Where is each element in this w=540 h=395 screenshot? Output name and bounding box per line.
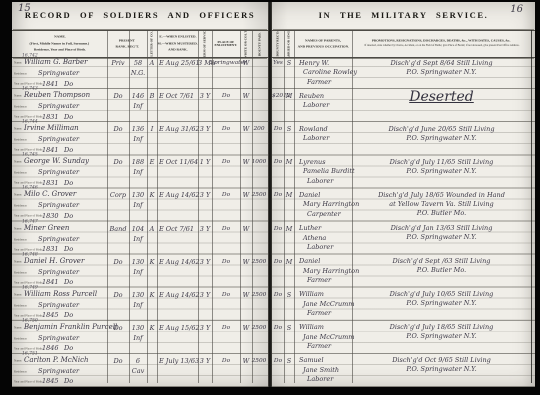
enlistment-date: E Oct 11/64 <box>159 158 198 166</box>
birth-row-label: Year and Place of Birth: <box>14 314 43 317</box>
remarks-line1: Disch'g'd Jan 13/63 Still Living <box>354 224 529 232</box>
regiment-value: 146 <box>129 92 147 100</box>
parent-father: William <box>299 323 324 331</box>
remarks-line3: P.O. Butler Mo. <box>354 209 529 217</box>
enlistment-date: E Oct 7/61 <box>159 225 194 233</box>
bounty-received-value: Do <box>272 291 284 299</box>
parent-father: Daniel <box>299 257 320 265</box>
remarks-line2: P.O. Springwater N.Y. <box>354 365 529 373</box>
previous-occupation: Laborer <box>307 375 333 383</box>
remarks-line1: Disch'g'd July 18/65 Still Living <box>354 323 529 331</box>
ledger-record-right: Yes S Henry W. Caroline Rowley Farmer Di… <box>272 56 535 89</box>
birth-place: Do <box>64 245 73 253</box>
column-rule <box>157 30 158 383</box>
header-term-label: TERM OF SERVICE. <box>203 31 206 57</box>
residence-value: Springwater <box>38 235 79 243</box>
column-rule <box>212 30 213 383</box>
residence-row-label: Residence: <box>14 106 27 109</box>
birth-row-label: Year and Place of Birth: <box>14 380 43 383</box>
column-rule <box>352 30 353 383</box>
header-name-line1: NAME. <box>54 36 66 40</box>
branch-value: Inf <box>129 235 147 243</box>
regiment-value: 136 <box>129 125 147 133</box>
header-color-label: WHITE OR COL'D. <box>244 31 247 57</box>
header-place-label: PLACE OF ENLISTMENT. <box>213 41 239 48</box>
company-value: K <box>147 191 157 199</box>
parent-mother: Mary Harrington <box>303 267 359 275</box>
header-place: PLACE OF ENLISTMENT. <box>212 31 240 57</box>
soldier-name: Irvine Milliman <box>24 124 79 132</box>
remarks-line2: P.O. Springwater N.Y. <box>354 167 529 175</box>
enlistment-date: E Aug 14/62 <box>159 191 200 199</box>
left-table-header: NAME. (First, Middle Names in Full, Surn… <box>12 30 268 58</box>
column-rule <box>129 30 130 383</box>
ledger-record-left: 16,745 Name: Residence: Year and Place o… <box>12 155 268 188</box>
residence-value: Springwater <box>38 301 79 309</box>
rank-value: Do <box>107 258 129 266</box>
regiment-value: 130 <box>129 291 147 299</box>
ledger-record-right: Do M Daniel Mary Harrington Carpenter Di… <box>272 188 535 221</box>
remarks-line2: P.O. Springwater N.Y. <box>354 134 529 142</box>
regiment-value: 188 <box>129 158 147 166</box>
parent-mother: Mary Harrington <box>303 200 359 208</box>
branch-value: Inf <box>129 168 147 176</box>
residence-row-label: Residence: <box>14 172 27 175</box>
parent-father: Reuben <box>299 92 324 100</box>
birth-year: 1831 <box>42 113 59 121</box>
marital-status-value: M <box>284 158 294 166</box>
left-page-title: RECORD OF SOLDIERS AND OFFICERS <box>12 10 268 20</box>
right-page-rows: Yes S Henry W. Caroline Rowley Farmer Di… <box>272 56 535 387</box>
parent-mother: Athena <box>303 234 326 242</box>
remarks-line1: Disch'g'd July 18/65 Wounded in Hand <box>354 191 529 199</box>
birth-year: 1841 <box>42 146 59 154</box>
ledger-record-left: 16,751 Name: Residence: Year and Place o… <box>12 354 268 387</box>
branch-value: Inf <box>129 268 147 276</box>
previous-occupation: Farmer <box>307 342 331 350</box>
regiment-value: 130 <box>129 258 147 266</box>
residence-value: Springwater <box>38 102 79 110</box>
regiment-value: 130 <box>129 191 147 199</box>
bounty-received-value: Do <box>272 125 284 133</box>
marital-status-value: S <box>284 59 294 67</box>
enlistment-place: Do <box>210 225 242 233</box>
birth-row-label: Year and Place of Birth: <box>14 281 43 284</box>
branch-value: Inf <box>129 102 147 110</box>
marital-status-value: M <box>284 225 294 233</box>
ledger-record-left: 16,743 Name: Residence: Year and Place o… <box>12 89 268 122</box>
rank-value: Do <box>107 291 129 299</box>
ledger-record-left: 16,742 Name: Residence: Year and Place o… <box>12 56 268 89</box>
residence-row-label: Residence: <box>14 205 27 208</box>
column-rule <box>284 30 285 383</box>
header-present-rank: PRESENT RANK. REG'T. <box>107 31 147 57</box>
name-row-label: Name: <box>14 194 22 197</box>
ledger-record-left: 16,747 Name: Residence: Year and Place o… <box>12 222 268 255</box>
name-row-label: Name: <box>14 227 22 230</box>
birth-year: 1841 <box>42 80 59 88</box>
name-row-label: Name: <box>14 260 22 263</box>
bounty-received-value: Do <box>272 258 284 266</box>
enlistment-place: Do <box>210 357 242 365</box>
company-value: K <box>147 258 157 266</box>
parent-mother: Jane McCrumm <box>303 333 354 341</box>
ledger-paper: 15 RECORD OF SOLDIERS AND OFFICERS NAME.… <box>12 2 535 387</box>
birth-year: 1831 <box>42 245 59 253</box>
enlistment-place: Do <box>210 258 242 266</box>
soldier-name: William G. Barber <box>24 58 88 66</box>
ledger-record-right: Do S Samuel Jane Smith Laborer Disch'g'd… <box>272 354 535 387</box>
rank-value: Priv <box>107 59 129 67</box>
company-value: K <box>147 291 157 299</box>
soldier-name: Miner Green <box>24 224 69 232</box>
ledger-record-left: 16,749 Name: Residence: Year and Place o… <box>12 288 268 321</box>
name-row-label: Name: <box>14 293 22 296</box>
branch-value: N.G. <box>129 69 147 77</box>
company-value: K <box>147 324 157 332</box>
column-rule <box>107 30 108 383</box>
parent-father: Rowland <box>299 125 328 133</box>
previous-occupation: Carpenter <box>307 210 341 218</box>
enlistment-date: E Aug 31/62 <box>159 125 200 133</box>
remarks-line2: P.O. Springwater N.Y. <box>354 68 529 76</box>
enlistment-place: Springwater <box>210 59 242 67</box>
page-edge-rule <box>531 30 532 383</box>
enlistment-date: E Oct 7/61 <box>159 92 194 100</box>
scanned-ledger: 15 RECORD OF SOLDIERS AND OFFICERS NAME.… <box>0 0 540 395</box>
company-value: B <box>147 92 157 100</box>
residence-value: Springwater <box>38 69 79 77</box>
birth-year: 1845 <box>42 377 59 385</box>
color-value: W <box>240 225 252 233</box>
left-page: 15 RECORD OF SOLDIERS AND OFFICERS NAME.… <box>12 2 268 387</box>
residence-row-label: Residence: <box>14 139 27 142</box>
enlistment-place: Do <box>210 125 242 133</box>
parent-mother: Pamelia Burditt <box>303 167 355 175</box>
birth-place: Do <box>64 311 73 319</box>
enlistment-place: Do <box>210 92 242 100</box>
name-row-label: Name: <box>14 62 22 65</box>
ledger-record-right: Do M Daniel Mary Harrington Farmer Disch… <box>272 255 535 288</box>
regiment-value: 130 <box>129 324 147 332</box>
column-rule <box>252 30 253 383</box>
remarks-line2: P.O. Springwater N.Y. <box>354 233 529 241</box>
parent-father: William <box>299 290 324 298</box>
soldier-name: Milo C. Grover <box>24 190 76 198</box>
header-remarks-line1: PROMOTIONS, RESIGNATIONS, DISCHARGES, DE… <box>358 39 525 42</box>
parent-father: Samuel <box>299 356 324 364</box>
header-name-line2: (First, Middle Names in Full, Surname.) <box>30 42 90 46</box>
column-rule <box>240 30 241 383</box>
marital-status-value: S <box>284 125 294 133</box>
header-bounty: BOUNTY PAID. <box>252 31 268 57</box>
regiment-value: 104 <box>129 225 147 233</box>
enlistment-place: Do <box>210 291 242 299</box>
parent-mother: Jane Smith <box>303 366 339 374</box>
previous-occupation: Farmer <box>307 276 331 284</box>
residence-value: Springwater <box>38 334 79 342</box>
rank-value: Do <box>107 324 129 332</box>
soldier-name: Benjamin Franklin Purcell <box>24 323 117 331</box>
color-value: W <box>240 59 252 67</box>
marital-status-value: M <box>284 258 294 266</box>
right-page-title: IN THE MILITARY SERVICE. <box>272 10 535 20</box>
soldier-name: Daniel H. Grover <box>24 257 84 265</box>
rank-value: Do <box>107 158 129 166</box>
branch-value: Cav <box>129 367 147 375</box>
parent-mother: Laborer <box>303 101 329 109</box>
header-bounty-label: BOUNTY PAID. <box>258 32 261 55</box>
birth-row-label: Year and Place of Birth: <box>14 248 43 251</box>
marital-status-value: M <box>284 92 294 100</box>
remarks-line2: P.O. Springwater N.Y. <box>354 332 529 340</box>
birth-place: Do <box>64 344 73 352</box>
company-value: I <box>147 125 157 133</box>
remarks-line2: P.O. Springwater N.Y. <box>354 299 529 307</box>
name-row-label: Name: <box>14 161 22 164</box>
bounty-received-value: Do <box>272 191 284 199</box>
marital-status-value: M <box>284 191 294 199</box>
enlistment-place: Do <box>210 324 242 332</box>
rank-value: Band <box>107 225 129 233</box>
right-table-header: BOUNTY REC'D. MARRIED OR SINGLE. NAMES O… <box>272 30 535 58</box>
header-parents: NAMES OF PARENTS, AND PREVIOUS OCCUPATIO… <box>294 31 352 57</box>
residence-value: Springwater <box>38 135 79 143</box>
soldier-name: Reuben Thompson <box>24 91 90 99</box>
previous-occupation: Laborer <box>307 243 333 251</box>
header-parents-line2: AND PREVIOUS OCCUPATION. <box>297 45 348 49</box>
previous-occupation: Farmer <box>307 309 331 317</box>
name-row-label: Name: <box>14 95 22 98</box>
parent-father: Daniel <box>299 191 320 199</box>
ledger-record-right: Do M Luther Athena Laborer Disch'g'd Jan… <box>272 222 535 255</box>
header-enlisted-line3: AND RANK. <box>168 49 188 53</box>
birth-place: Do <box>64 80 73 88</box>
ledger-record-right: Do M Lyrenus Pamelia Burditt Laborer Dis… <box>272 155 535 188</box>
ledger-record-left: 16,748 Name: Residence: Year and Place o… <box>12 255 268 288</box>
parent-mother: Jane McCrumm <box>303 300 354 308</box>
marital-status-value: S <box>284 357 294 365</box>
remarks-line1: Disch'g'd Oct 9/65 Still Living <box>354 356 529 364</box>
header-company-label: LETTER OF CO. <box>150 31 153 56</box>
enlistment-date: E July 13/63 <box>159 357 199 365</box>
ledger-record-right: $2012 M Reuben Laborer Deserted <box>272 89 535 122</box>
bounty-received-value: Do <box>272 324 284 332</box>
residence-row-label: Residence: <box>14 271 27 274</box>
header-company: LETTER OF CO. <box>147 31 157 57</box>
birth-row-label: Year and Place of Birth: <box>14 215 43 218</box>
residence-row-label: Residence: <box>14 73 27 76</box>
ledger-record-left: 16,750 Name: Residence: Year and Place o… <box>12 321 268 354</box>
enlistment-place: Do <box>210 158 242 166</box>
residence-value: Springwater <box>38 268 79 276</box>
ledger-record-left: 16,746 Name: Residence: Year and Place o… <box>12 188 268 221</box>
remarks-line2: at Yellow Tavern Va. Still Living <box>354 200 529 208</box>
parent-father: Luther <box>299 224 321 232</box>
header-enlisted: E.—WHEN ENLISTED. M.—WHEN MUSTERED. AND … <box>157 31 198 57</box>
remarks-line1: Disch'g'd July 10/65 Still Living <box>354 290 529 298</box>
rank-value: Corp <box>107 191 129 199</box>
birth-year: 1841 <box>42 278 59 286</box>
column-rule <box>147 30 148 383</box>
enlistment-date: E Aug 25/61 <box>159 59 200 67</box>
parent-mother: Caroline Rowley <box>303 68 357 76</box>
header-name-line3: Residence, Year and Place of Birth. <box>33 49 85 53</box>
soldier-name: William Ross Purcell <box>24 290 97 298</box>
soldier-name: Carlton P. McNich <box>24 356 89 364</box>
previous-occupation: Laborer <box>307 177 333 185</box>
name-row-label: Name: <box>14 128 22 131</box>
bounty-received-value: Yes <box>272 59 284 67</box>
residence-value: Springwater <box>38 168 79 176</box>
name-row-label: Name: <box>14 326 22 329</box>
company-value: E <box>147 158 157 166</box>
branch-value: Inf <box>129 334 147 342</box>
enlistment-date: E Aug 14/62 <box>159 258 200 266</box>
bounty-received-value: Do <box>272 357 284 365</box>
column-rule <box>294 30 295 383</box>
header-bounty-recd-label: BOUNTY REC'D. <box>276 31 279 57</box>
bounty-received-value: $2012 <box>272 92 284 100</box>
birth-place: Do <box>64 278 73 286</box>
birth-year: 1830 <box>42 212 59 220</box>
header-enlisted-line2: M.—WHEN MUSTERED. <box>157 42 197 46</box>
header-remarks-line2: If deserted, state whether by Choice, Ac… <box>357 44 526 47</box>
header-color: WHITE OR COL'D. <box>240 31 252 57</box>
remarks-line1: Disch'g'd Sept /63 Still Living <box>354 257 529 265</box>
ledger-record-left: 16,744 Name: Residence: Year and Place o… <box>12 122 268 155</box>
parent-mother: Laborer <box>303 134 329 142</box>
rank-value: Do <box>107 357 129 365</box>
previous-occupation: Farmer <box>307 78 331 86</box>
residence-value: Springwater <box>38 367 79 375</box>
birth-place: Do <box>64 146 73 154</box>
birth-place: Do <box>64 179 73 187</box>
header-enlisted-line1: E.—WHEN ENLISTED. <box>159 36 196 40</box>
header-bounty-recd: BOUNTY REC'D. <box>272 31 284 57</box>
color-value: W <box>240 92 252 100</box>
parent-father: Lyrenus <box>299 158 326 166</box>
rank-value: Do <box>107 92 129 100</box>
right-page: 16 IN THE MILITARY SERVICE. BOUNTY REC'D… <box>272 2 535 387</box>
residence-value: Springwater <box>38 201 79 209</box>
residence-row-label: Residence: <box>14 337 27 340</box>
birth-year: 1831 <box>42 179 59 187</box>
enlistment-date: E Aug 15/62 <box>159 324 200 332</box>
ledger-record-right: Do S William Jane McCrumm Farmer Disch'g… <box>272 288 535 321</box>
name-row-label: Name: <box>14 359 22 362</box>
remarks-line2: P.O. Butler Mo. <box>354 266 529 274</box>
deserted-annotation: Deserted <box>354 93 529 101</box>
residence-row-label: Residence: <box>14 370 27 373</box>
header-parents-line1: NAMES OF PARENTS, <box>305 39 341 43</box>
header-term: TERM OF SERVICE. <box>198 31 212 57</box>
enlistment-date: E Aug 14/62 <box>159 291 200 299</box>
header-marital-label: MARRIED OR SINGLE. <box>287 31 290 57</box>
header-remarks: PROMOTIONS, RESIGNATIONS, DISCHARGES, DE… <box>352 31 531 57</box>
bounty-received-value: Do <box>272 225 284 233</box>
remarks-line1: Disch'g'd July 11/65 Still Living <box>354 158 529 166</box>
ledger-record-right: Do S William Jane McCrumm Farmer Disch'g… <box>272 321 535 354</box>
birth-place: Do <box>64 113 73 121</box>
parent-father: Henry W. <box>299 59 329 67</box>
branch-value: Inf <box>129 135 147 143</box>
branch-value: Inf <box>129 301 147 309</box>
remarks-line1: Disch'g'd Sept 8/64 Still Living <box>354 59 529 67</box>
marital-status-value: S <box>284 291 294 299</box>
marital-status-value: S <box>284 324 294 332</box>
company-value: A <box>147 59 157 67</box>
branch-value: Inf <box>129 201 147 209</box>
remarks-line1: Disch'g'd June 20/65 Still Living <box>354 125 529 133</box>
birth-year: 1845 <box>42 311 59 319</box>
birth-place: Do <box>64 212 73 220</box>
residence-row-label: Residence: <box>14 304 27 307</box>
left-page-rows: 16,742 Name: Residence: Year and Place o… <box>12 56 268 387</box>
regiment-value: 6 <box>129 357 147 365</box>
residence-row-label: Residence: <box>14 238 27 241</box>
enlistment-place: Do <box>210 191 242 199</box>
soldier-name: George W. Sunday <box>24 157 89 165</box>
regiment-value: 58 <box>129 59 147 67</box>
birth-year: 1846 <box>42 344 59 352</box>
birth-row-label: Year and Place of Birth: <box>14 347 43 350</box>
rank-value: Do <box>107 125 129 133</box>
bounty-received-value: Do <box>272 158 284 166</box>
header-marital: MARRIED OR SINGLE. <box>284 31 294 57</box>
ledger-record-right: Do S Rowland Laborer Disch'g'd June 20/6… <box>272 122 535 155</box>
header-rank: RANK. <box>115 45 126 48</box>
birth-place: Do <box>64 377 73 385</box>
company-value: A <box>147 225 157 233</box>
header-present: PRESENT <box>119 39 135 43</box>
column-rule <box>198 30 199 383</box>
